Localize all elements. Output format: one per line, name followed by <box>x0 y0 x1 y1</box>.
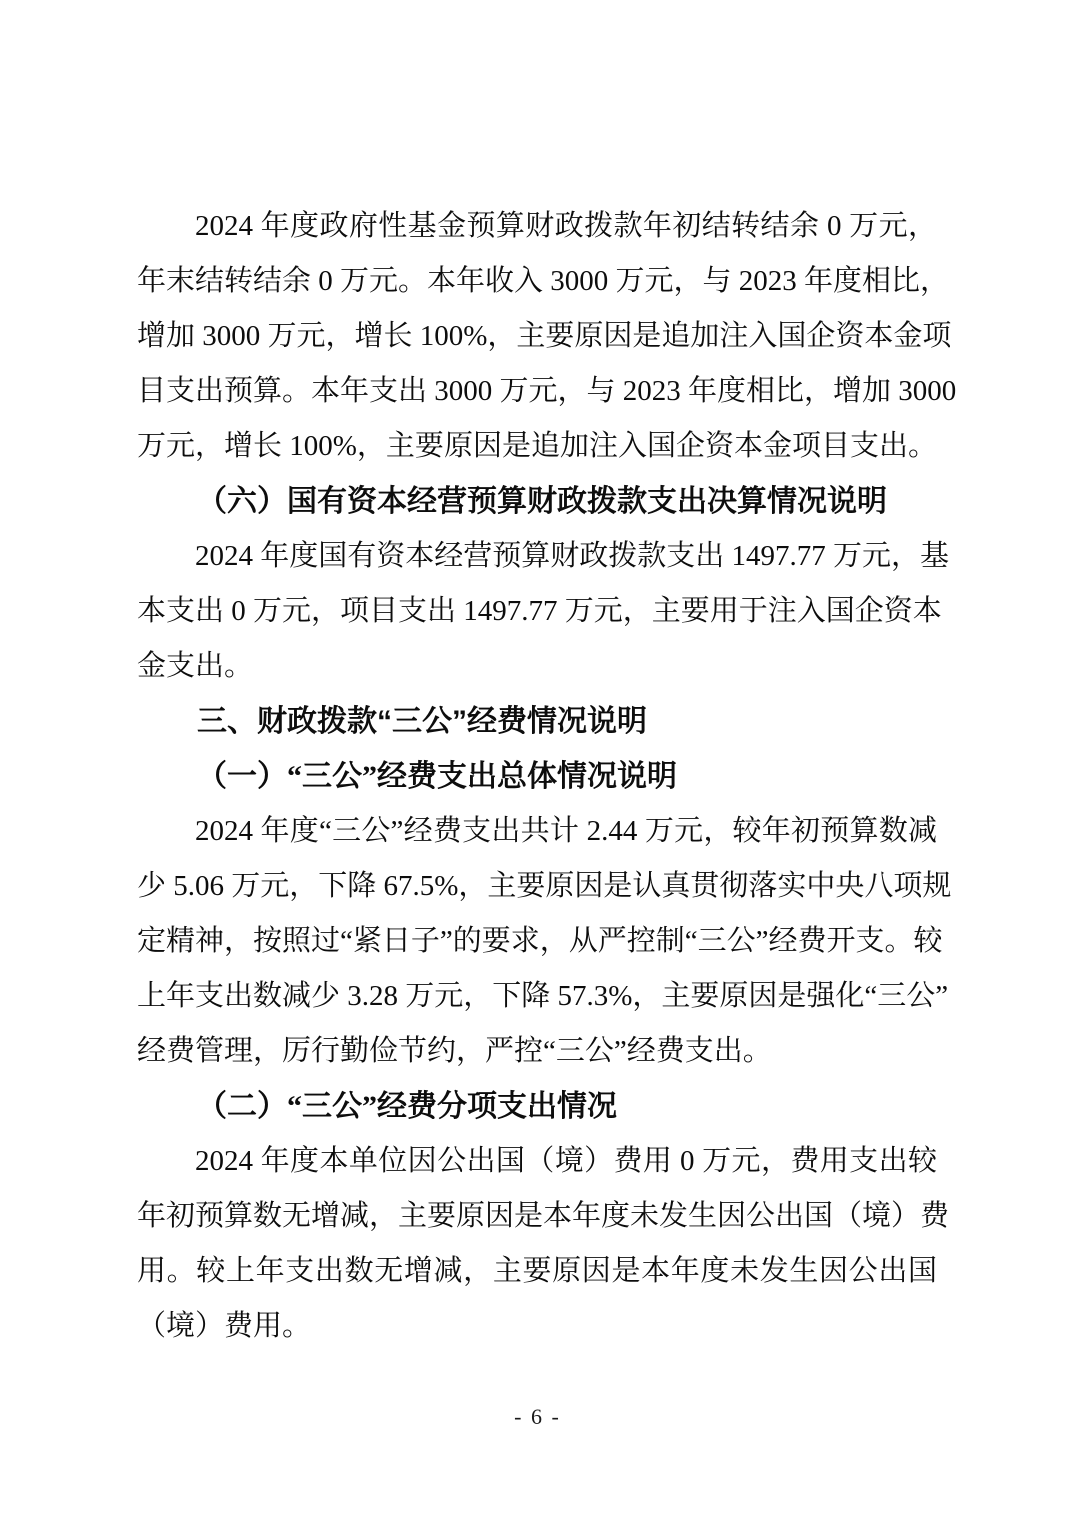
document-page: 2024 年度政府性基金预算财政拨款年初结转结余 0 万元， 年末结转结余 0 … <box>0 0 1075 1520</box>
paragraph-line: 定精神，按照过“紧日子”的要求，从严控制“三公”经费开支。较 <box>137 914 937 969</box>
heading-itemized-spending: （二）“三公”经费分项支出情况 <box>137 1079 937 1134</box>
paragraph-line: 2024 年度国有资本经营预算财政拨款支出 1497.77 万元，基 <box>137 529 937 584</box>
paragraph-line: 2024 年度政府性基金预算财政拨款年初结转结余 0 万元， <box>137 199 937 254</box>
paragraph-line: 年末结转结余 0 万元。本年收入 3000 万元，与 2023 年度相比， <box>137 254 937 309</box>
paragraph-line: 经费管理，厉行勤俭节约，严控“三公”经费支出。 <box>137 1024 937 1079</box>
paragraph-line: 本支出 0 万元，项目支出 1497.77 万元，主要用于注入国企资本 <box>137 584 937 639</box>
paragraph-line: 2024 年度本单位因公出国（境）费用 0 万元，费用支出较 <box>137 1134 937 1189</box>
paragraph-line: 上年支出数减少 3.28 万元，下降 57.3%，主要原因是强化“三公” <box>137 969 937 1024</box>
paragraph-line: 年初预算数无增减，主要原因是本年度未发生因公出国（境）费 <box>137 1189 937 1244</box>
heading-overall-spending: （一）“三公”经费支出总体情况说明 <box>137 749 937 804</box>
paragraph-line: （境）费用。 <box>137 1299 937 1354</box>
heading-three-public-funds: 三、财政拨款“三公”经费情况说明 <box>137 694 937 749</box>
paragraph-line: 万元，增长 100%，主要原因是追加注入国企资本金项目支出。 <box>137 419 937 474</box>
paragraph-line: 金支出。 <box>137 639 937 694</box>
paragraph-line: 2024 年度“三公”经费支出共计 2.44 万元，较年初预算数减 <box>137 804 937 859</box>
paragraph-line: 少 5.06 万元，下降 67.5%，主要原因是认真贯彻落实中央八项规 <box>137 859 937 914</box>
paragraph-line: 增加 3000 万元，增长 100%，主要原因是追加注入国企资本金项 <box>137 309 937 364</box>
paragraph-line: 用。较上年支出数无增减，主要原因是本年度未发生因公出国 <box>137 1244 937 1299</box>
page-number: - 6 - <box>0 1402 1075 1432</box>
document-body: 2024 年度政府性基金预算财政拨款年初结转结余 0 万元， 年末结转结余 0 … <box>137 199 937 1354</box>
paragraph-line: 目支出预算。本年支出 3000 万元，与 2023 年度相比，增加 3000 <box>137 364 937 419</box>
heading-state-capital-budget: （六）国有资本经营预算财政拨款支出决算情况说明 <box>137 474 937 529</box>
